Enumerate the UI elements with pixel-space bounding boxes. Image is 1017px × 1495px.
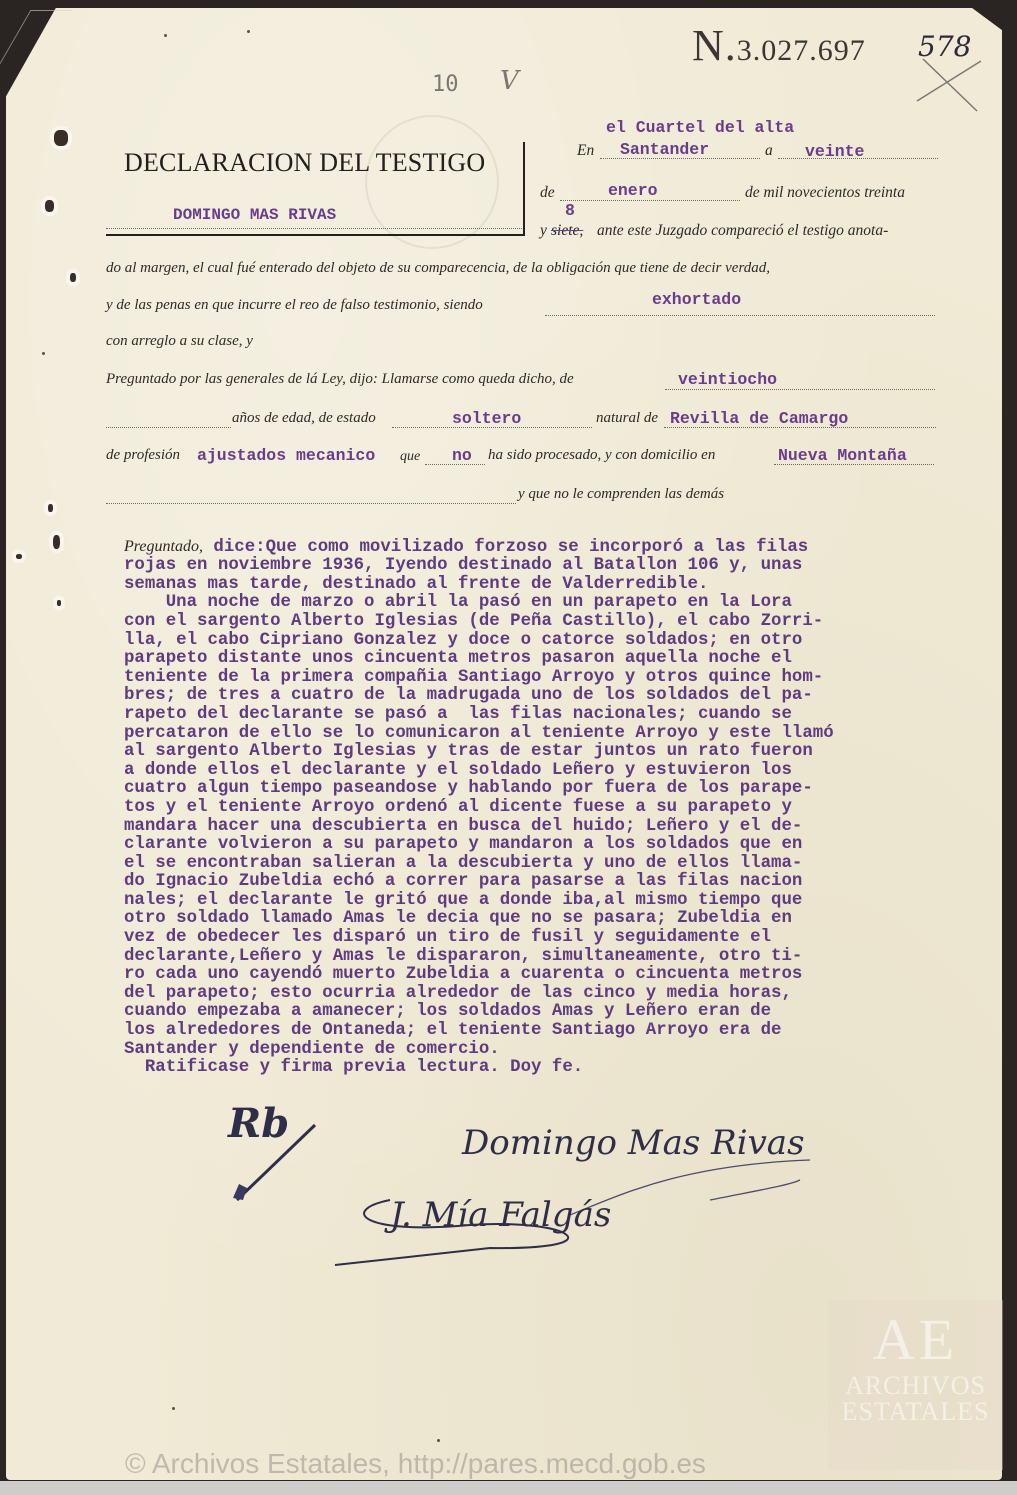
paper-speck xyxy=(172,1407,175,1410)
cross-mark-icon xyxy=(915,55,985,115)
label-y: y xyxy=(540,222,547,240)
name-line xyxy=(106,228,522,229)
day: veinte xyxy=(805,142,864,161)
statement-line: Ratificase y firma previa lectura. Doy f… xyxy=(124,1059,944,1078)
paper-speck xyxy=(437,1439,440,1442)
logo-line-2: ESTATALES xyxy=(828,1399,1003,1425)
line-margin: do al margen, el cual fué enterado del o… xyxy=(106,260,770,277)
year-struck: siete, xyxy=(551,222,583,240)
statement-line: do Ignacio Zubeldia echó a correr para p… xyxy=(124,873,944,892)
punch-hole xyxy=(70,273,76,282)
month-line xyxy=(560,200,740,201)
punch-hole xyxy=(54,130,68,146)
month: enero xyxy=(608,181,658,200)
archivos-estatales-logo: AE ARCHIVOS ESTATALES xyxy=(828,1300,1003,1470)
punch-hole xyxy=(16,554,22,559)
statement-line: percataron de ello se lo comunicaron al … xyxy=(124,725,944,744)
paper-speck xyxy=(42,352,45,355)
domicile: Nueva Montaña xyxy=(778,446,907,465)
statement-line: lla, el cabo Cipriano Gonzalez y doce o … xyxy=(124,632,944,651)
label-year: de mil novecientos treinta xyxy=(745,184,905,202)
logo-line-1: ARCHIVOS xyxy=(828,1373,1003,1399)
serial-digits: 3.027.697 xyxy=(737,34,866,67)
statement-line: los alrededores de Ontaneda; el teniente… xyxy=(124,1022,944,1041)
title-box-bottom xyxy=(106,234,524,236)
paper-speck xyxy=(247,30,250,33)
line-generales: Preguntado por las generales de lá Ley, … xyxy=(106,371,574,388)
label-procesado: ha sido procesado, y con domicilio en xyxy=(488,447,715,464)
location-prefix: el Cuartel del alta xyxy=(606,118,794,137)
demas-line xyxy=(106,503,516,504)
statement-line: al sargento Alberto Iglesias y tras de e… xyxy=(124,743,944,762)
secretary-flourish-icon xyxy=(320,1180,660,1270)
pencil-mark: 10 xyxy=(432,72,459,97)
statement-line: el se encontraban salieran a la descubie… xyxy=(124,855,944,874)
label-en: En xyxy=(577,142,594,160)
statement-line: bres; de tres a cuatro de la madrugada u… xyxy=(124,687,944,706)
statement-line: nales; el declarante le gritó que a dond… xyxy=(124,892,944,911)
statement-line: declarante,Leñero y Amas le dispararon, … xyxy=(124,948,944,967)
statement-line: ro cada uno cayendó muerto Zubeldia a cu… xyxy=(124,966,944,985)
statement-line: con el sargento Alberto Iglesias (de Peñ… xyxy=(124,613,944,632)
label-natural: natural de xyxy=(596,410,658,427)
age: veintiocho xyxy=(678,370,777,389)
witness-name: DOMINGO MAS RIVAS xyxy=(173,206,336,224)
check-mark: V xyxy=(500,66,519,96)
line-penas: y de las penas en que incurre el reo de … xyxy=(106,297,483,314)
statement-line: parapeto distante unos cincuenta metros … xyxy=(124,650,944,669)
oath-line xyxy=(545,315,935,316)
statement-line: teniente de la primera compañia Santiago… xyxy=(124,669,944,688)
processed: no xyxy=(452,446,472,465)
punch-hole xyxy=(53,535,60,549)
statement-line: del parapeto; esto ocurria alrededor de … xyxy=(124,985,944,1004)
statement-line: rapeto del declarante se pasó a las fila… xyxy=(124,706,944,725)
label-que: que xyxy=(400,449,420,465)
label-compared: ante este Juzgado compareció el testigo … xyxy=(597,222,888,240)
serial-number: N.3.027.697 xyxy=(692,20,866,71)
ink-blot-icon xyxy=(215,1120,325,1210)
age-line-2 xyxy=(106,427,231,428)
birthplace: Revilla de Camargo xyxy=(670,409,848,428)
serial-prefix: N. xyxy=(692,21,737,70)
statement-line: tos y el teniente Arroyo ordenó al dicen… xyxy=(124,799,944,818)
statement-line: cuando empezaba a amanecer; los soldados… xyxy=(124,1003,944,1022)
statement-body: Preguntado, dice:Que como movilizado for… xyxy=(124,519,944,1096)
copyright-watermark: © Archivos Estatales, http://pares.mecd.… xyxy=(125,1448,706,1480)
form-title: DECLARACION DEL TESTIGO xyxy=(124,148,485,178)
statement-line: semanas mas tarde, destinado al frente d… xyxy=(124,576,944,595)
label-edad: años de edad, de estado xyxy=(232,410,376,427)
statement-line: rojas en noviembre 1936, Iyendo destinad… xyxy=(124,557,944,576)
punch-hole xyxy=(45,200,54,212)
statement-line: clarante volvieron a su parapeto y manda… xyxy=(124,836,944,855)
statement-line: a donde ellos el declarante y el soldado… xyxy=(124,762,944,781)
statement-line: Santander y dependiente de comercio. xyxy=(124,1041,944,1060)
label-de: de xyxy=(540,184,555,202)
punch-hole xyxy=(48,504,53,512)
year-correction: 8 xyxy=(565,201,575,220)
label-a: a xyxy=(765,142,773,160)
profession: ajustados mecanico xyxy=(197,446,375,465)
label-demas: y que no le comprenden las demás xyxy=(518,486,724,503)
statement-line: mandara hacer una descubierta en busca d… xyxy=(124,818,944,837)
statement-label: Preguntado, xyxy=(124,538,203,555)
paper-speck xyxy=(164,34,167,37)
marital-status: soltero xyxy=(452,409,521,428)
statement-line: cuatro algun tiempo paseandose y habland… xyxy=(124,780,944,799)
oath-type: exhortado xyxy=(652,290,741,309)
statement-line: Una noche de marzo o abril la pasó en un… xyxy=(124,594,944,613)
scanner-strip xyxy=(0,1481,1017,1495)
statement-line: vez de obedecer les disparó un tiro de f… xyxy=(124,929,944,948)
statement-line: otro soldado llamado Amas le decia que n… xyxy=(124,910,944,929)
logo-letters: AE xyxy=(828,1306,1003,1373)
punch-hole xyxy=(57,600,61,606)
label-profesion: de profesión xyxy=(106,447,180,464)
statement-lines: rojas en noviembre 1936, Iyendo destinad… xyxy=(124,557,944,1078)
city: Santander xyxy=(620,140,709,159)
title-box-right xyxy=(523,142,525,236)
statement-first-line: dice:Que como movilizado forzoso se inco… xyxy=(203,538,808,557)
age-line xyxy=(665,389,935,390)
line-arreglo: con arreglo a su clase, y xyxy=(106,333,253,350)
